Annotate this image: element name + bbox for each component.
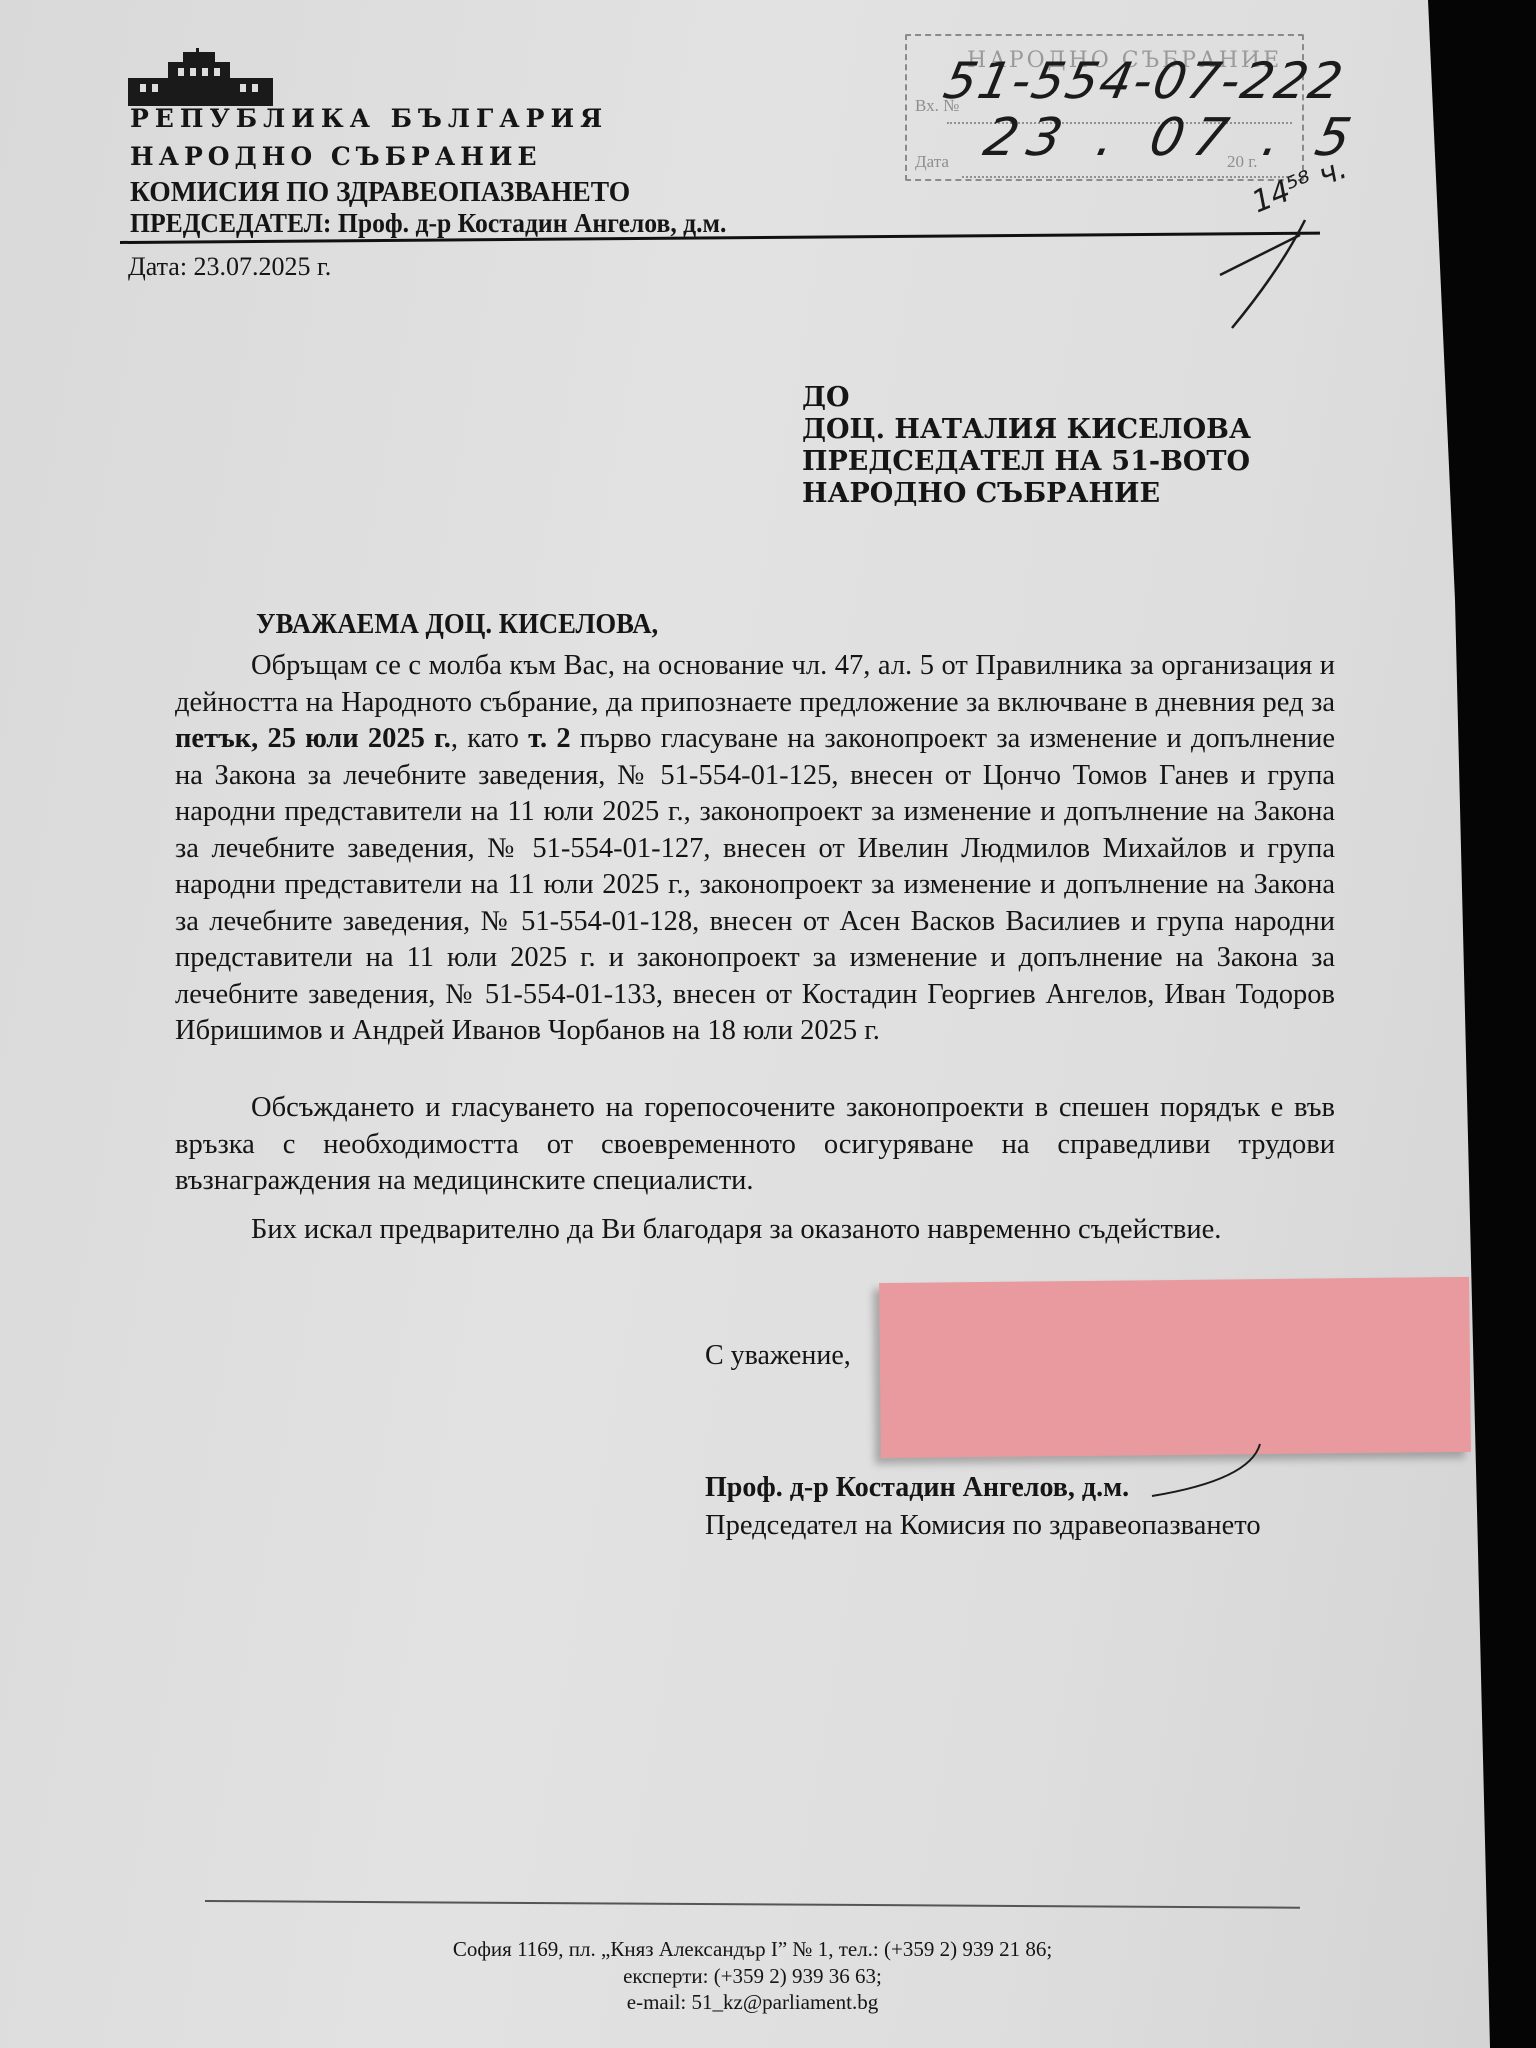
parliament-building-icon	[128, 48, 273, 106]
footer-address: София 1169, пл. „Княз Александър I” № 1,…	[205, 1937, 1300, 1962]
paragraph-thanks: Бих искал предварително да Ви благодаря …	[175, 1212, 1335, 1249]
agenda-date: петък, 25 юли 2025 г.	[175, 723, 451, 754]
signature-stroke-icon	[1150, 1440, 1270, 1500]
handwritten-initial-icon	[1210, 200, 1330, 330]
agenda-item: т. 2	[528, 723, 570, 754]
letter-page: РЕПУБЛИКА БЪЛГАРИЯ НАРОДНО СЪБРАНИЕ КОМИ…	[0, 0, 1536, 2048]
stamp-date-label: Дата	[915, 152, 949, 172]
redaction-sticky-note	[879, 1277, 1471, 1458]
handwritten-registry-date: 23 . 07 . 5	[979, 108, 1366, 168]
footer-experts-phone: експерти: (+359 2) 939 36 63;	[205, 1964, 1300, 1989]
stamp-date-line	[962, 176, 1292, 178]
letterhead-chairman: ПРЕДСЕДАТЕЛ: Проф. д-р Костадин Ангелов,…	[130, 208, 726, 239]
footer-email: e-mail: 51_kz@parliament.bg	[205, 1990, 1300, 2015]
addressee-to: ДО	[802, 382, 850, 413]
footer-divider	[205, 1900, 1300, 1909]
document-date: Дата: 23.07.2025 г.	[128, 252, 331, 282]
paragraph-reason: Обсъждането и гласуването на горепосочен…	[175, 1090, 1335, 1200]
letterhead-institution: НАРОДНО СЪБРАНИЕ	[130, 142, 542, 171]
salutation: УВАЖАЕМА ДОЦ. КИСЕЛОВА,	[256, 608, 658, 641]
signature-closing: С уважение,	[705, 1340, 851, 1372]
handwritten-registry-number: 51-554-07-222	[939, 52, 1350, 110]
signatory-title: Председател на Комисия по здравеопазване…	[705, 1510, 1261, 1542]
letterhead-country: РЕПУБЛИКА БЪЛГАРИЯ	[130, 104, 608, 133]
addressee-body: НАРОДНО СЪБРАНИЕ	[802, 478, 1160, 509]
letterhead-committee: КОМИСИЯ ПО ЗДРАВЕОПАЗВАНЕТО	[130, 176, 630, 209]
addressee-name: ДОЦ. НАТАЛИЯ КИСЕЛОВА	[802, 414, 1251, 445]
paragraph-request: Обръщам се с молба към Вас, на основание…	[175, 648, 1335, 1050]
addressee-position: ПРЕДСЕДАТЕЛ НА 51-ВОТО	[802, 446, 1250, 477]
signatory-name: Проф. д-р Костадин Ангелов, д.м.	[705, 1472, 1129, 1504]
